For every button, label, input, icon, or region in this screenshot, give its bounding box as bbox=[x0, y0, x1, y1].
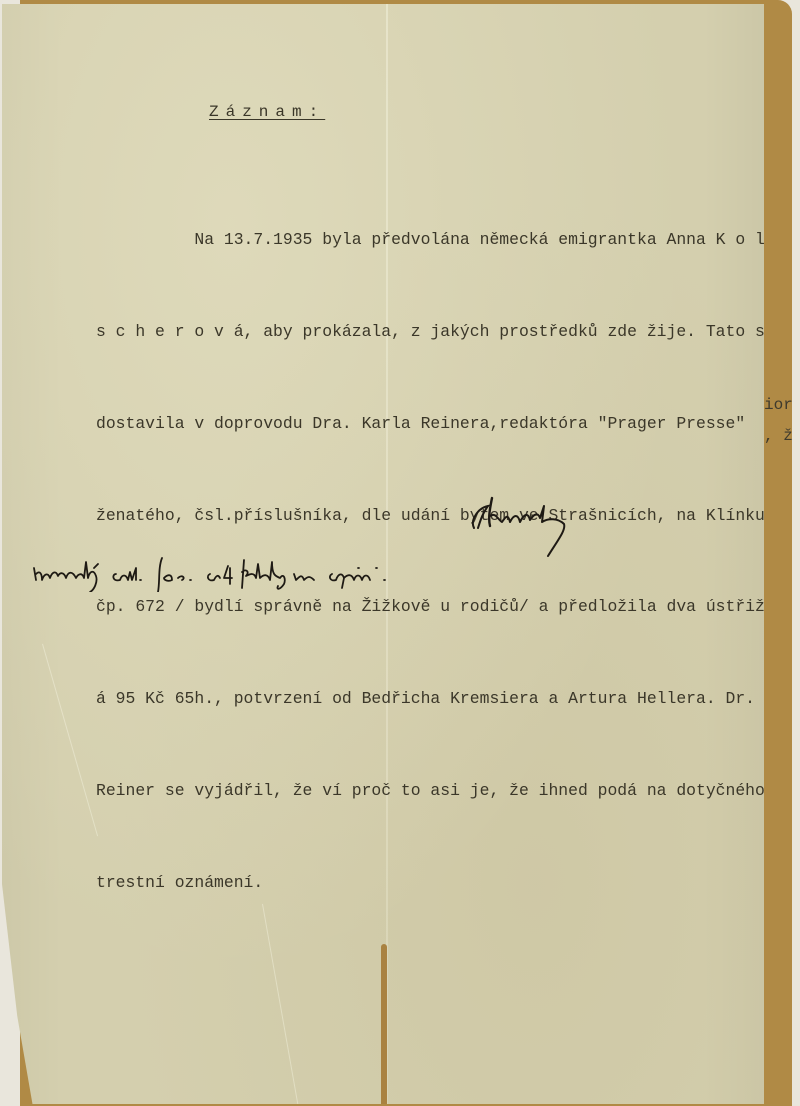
handwritten-signature bbox=[468, 494, 578, 560]
paragraph-line: á 95 Kč 65h., potvrzení od Bedřicha Krem… bbox=[96, 684, 776, 715]
document-page: Záznam: Na 13.7.1935 byla předvolána něm… bbox=[2, 4, 764, 1104]
paragraph-line: Na 13.7.1935 byla předvolána německá emi… bbox=[96, 225, 776, 256]
paragraph-line: Reiner se vyjádřil, že ví proč to asi je… bbox=[96, 776, 776, 807]
paragraph-line: čp. 672 / bydlí správně na Žižkově u rod… bbox=[96, 592, 776, 623]
backing-sheet-text-fragment: ior bbox=[764, 396, 793, 414]
backing-sheet-text-fragment: , ž bbox=[764, 427, 793, 445]
paper-tear bbox=[381, 944, 387, 1106]
handwritten-note-text: Německý emigr. pos. s 4 přílohy u spisů. bbox=[32, 552, 402, 573]
paragraph-line: dostavila v doprovodu Dra. Karla Reinera… bbox=[96, 409, 776, 440]
document-title: Záznam: bbox=[209, 103, 325, 121]
page-crease bbox=[42, 644, 98, 837]
paragraph-line: ženatého, čsl.příslušníka, dle udání byt… bbox=[96, 501, 776, 532]
paragraph-line: trestní oznámení. bbox=[96, 868, 776, 899]
paragraph-line: s c h e r o v á, aby prokázala, z jakých… bbox=[96, 317, 776, 348]
signature-icon bbox=[468, 494, 578, 560]
handwritten-note: Německý emigr. pos. s 4 přílohy u spisů. bbox=[32, 552, 452, 592]
